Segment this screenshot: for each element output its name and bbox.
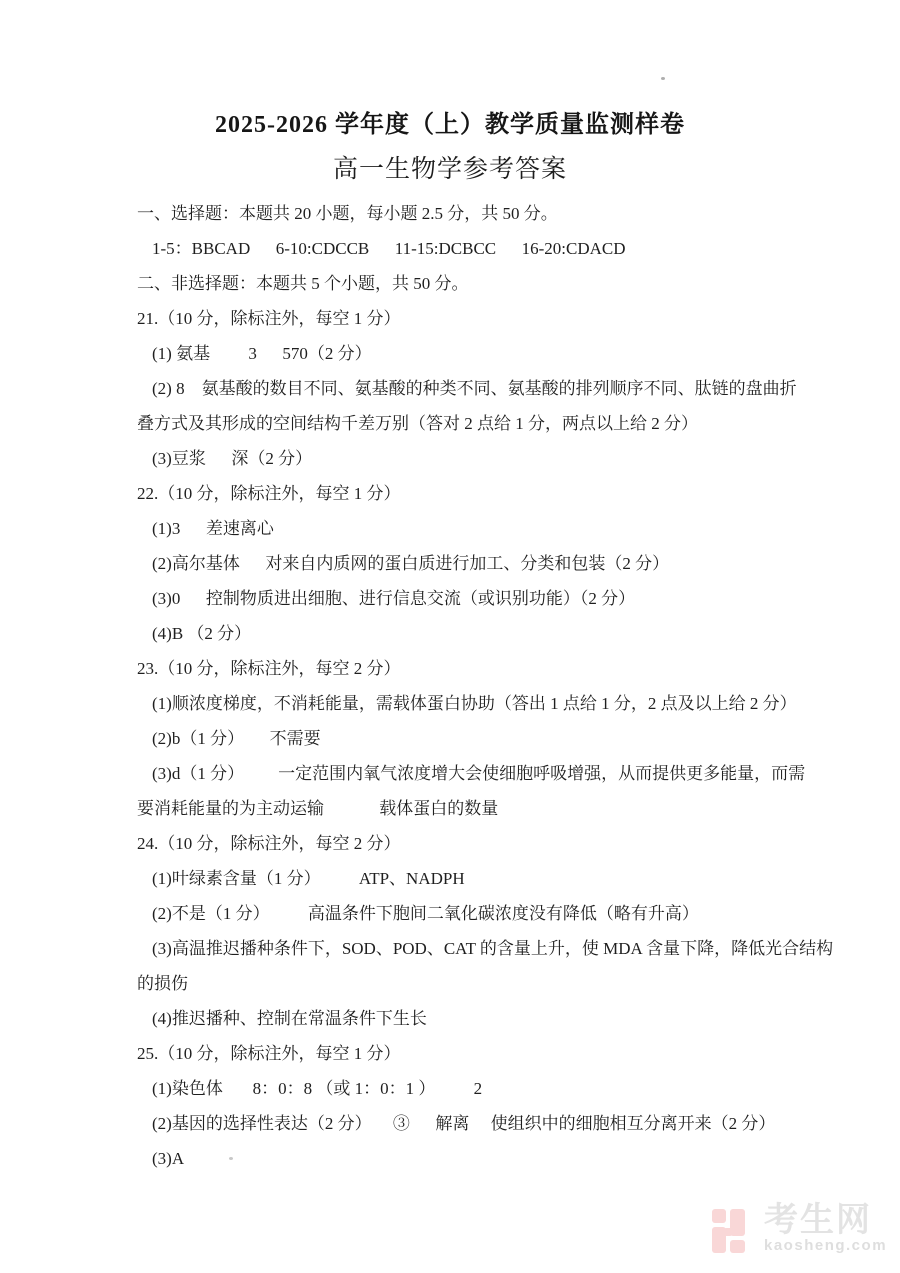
- watermark-site-domain: kaosheng.com: [764, 1238, 887, 1253]
- q22-answer-4: (4)B （2 分）: [0, 616, 900, 651]
- q23-header: 23.（10 分，除标注外，每空 2 分）: [0, 651, 900, 686]
- q25-answer-1: (1)染色体 8：0：8 （或 1：0：1 ） 2: [0, 1071, 900, 1106]
- logo-block: [730, 1240, 745, 1253]
- kaosheng-logo-icon: [712, 1203, 752, 1253]
- q24-answer-2: (2)不是（1 分） 高温条件下胞间二氧化碳浓度没有降低（略有升高）: [0, 896, 900, 931]
- q21-header: 21.（10 分，除标注外，每空 1 分）: [0, 301, 900, 336]
- logo-block: [723, 1228, 733, 1236]
- watermark-site-name: 考生网: [764, 1203, 887, 1237]
- q24-header: 24.（10 分，除标注外，每空 2 分）: [0, 826, 900, 861]
- kaosheng-watermark: 考生网 kaosheng.com: [712, 1203, 887, 1253]
- q21-answer-2: (2) 8 氨基酸的数目不同、氨基酸的种类不同、氨基酸的排列顺序不同、肽链的盘曲…: [0, 371, 900, 406]
- q22-answer-3: (3)0 控制物质进出细胞、进行信息交流（或识别功能）（2 分）: [0, 581, 900, 616]
- mcq-section-header: 一、选择题：本题共 20 小题，每小题 2.5 分，共 50 分。: [0, 196, 900, 231]
- q21-answer-2-continuation: 叠方式及其形成的空间结构千差万别（答对 2 点给 1 分，两点以上给 2 分）: [0, 406, 900, 441]
- q23-answer-3: (3)d（1 分） 一定范围内氧气浓度增大会使细胞呼吸增强，从而提供更多能量，而…: [0, 756, 900, 791]
- q24-answer-4: (4)推迟播种、控制在常温条件下生长: [0, 1001, 900, 1036]
- q24-answer-3-continuation: 的损伤: [0, 966, 900, 1001]
- scan-artifact-dot: [229, 1157, 233, 1160]
- document-subtitle: 高一生物学参考答案: [0, 149, 900, 185]
- q25-answer-2: (2)基因的选择性表达（2 分） ③ 解离 使组织中的细胞相互分离开来（2 分）: [0, 1106, 900, 1141]
- q23-answer-2: (2)b（1 分） 不需要: [0, 721, 900, 756]
- q21-answer-1: (1) 氨基 3 570（2 分）: [0, 336, 900, 371]
- scanned-answer-sheet-page: 2025-2026 学年度（上）教学质量监测样卷 高一生物学参考答案 一、选择题…: [0, 0, 900, 1273]
- q24-answer-3: (3)高温推迟播种条件下，SOD、POD、CAT 的含量上升，使 MDA 含量下…: [0, 931, 900, 966]
- document-title: 2025-2026 学年度（上）教学质量监测样卷: [0, 104, 900, 139]
- frq-section-header: 二、非选择题：本题共 5 个小题，共 50 分。: [0, 266, 900, 301]
- q22-header: 22.（10 分，除标注外，每空 1 分）: [0, 476, 900, 511]
- q23-answer-3-continuation: 要消耗能量的为主动运输 载体蛋白的数量: [0, 791, 900, 826]
- mcq-answers-line: 1-5：BBCAD 6-10:CDCCB 11-15:DCBCC 16-20:C…: [0, 231, 900, 266]
- q23-answer-1: (1)顺浓度梯度，不消耗能量，需载体蛋白协助（答出 1 点给 1 分，2 点及以…: [0, 686, 900, 721]
- q25-header: 25.（10 分，除标注外，每空 1 分）: [0, 1036, 900, 1071]
- scan-artifact-dot: [661, 77, 665, 80]
- q22-answer-1: (1)3 差速离心: [0, 511, 900, 546]
- q24-answer-1: (1)叶绿素含量（1 分） ATP、NADPH: [0, 861, 900, 896]
- answer-key-content: 一、选择题：本题共 20 小题，每小题 2.5 分，共 50 分。 1-5：BB…: [0, 196, 900, 1176]
- q25-answer-3: (3)A: [0, 1141, 900, 1176]
- q21-answer-3: (3)豆浆 深（2 分）: [0, 441, 900, 476]
- logo-block: [712, 1209, 726, 1223]
- q22-answer-2: (2)高尔基体 对来自内质网的蛋白质进行加工、分类和包装（2 分）: [0, 546, 900, 581]
- watermark-text: 考生网 kaosheng.com: [764, 1203, 887, 1253]
